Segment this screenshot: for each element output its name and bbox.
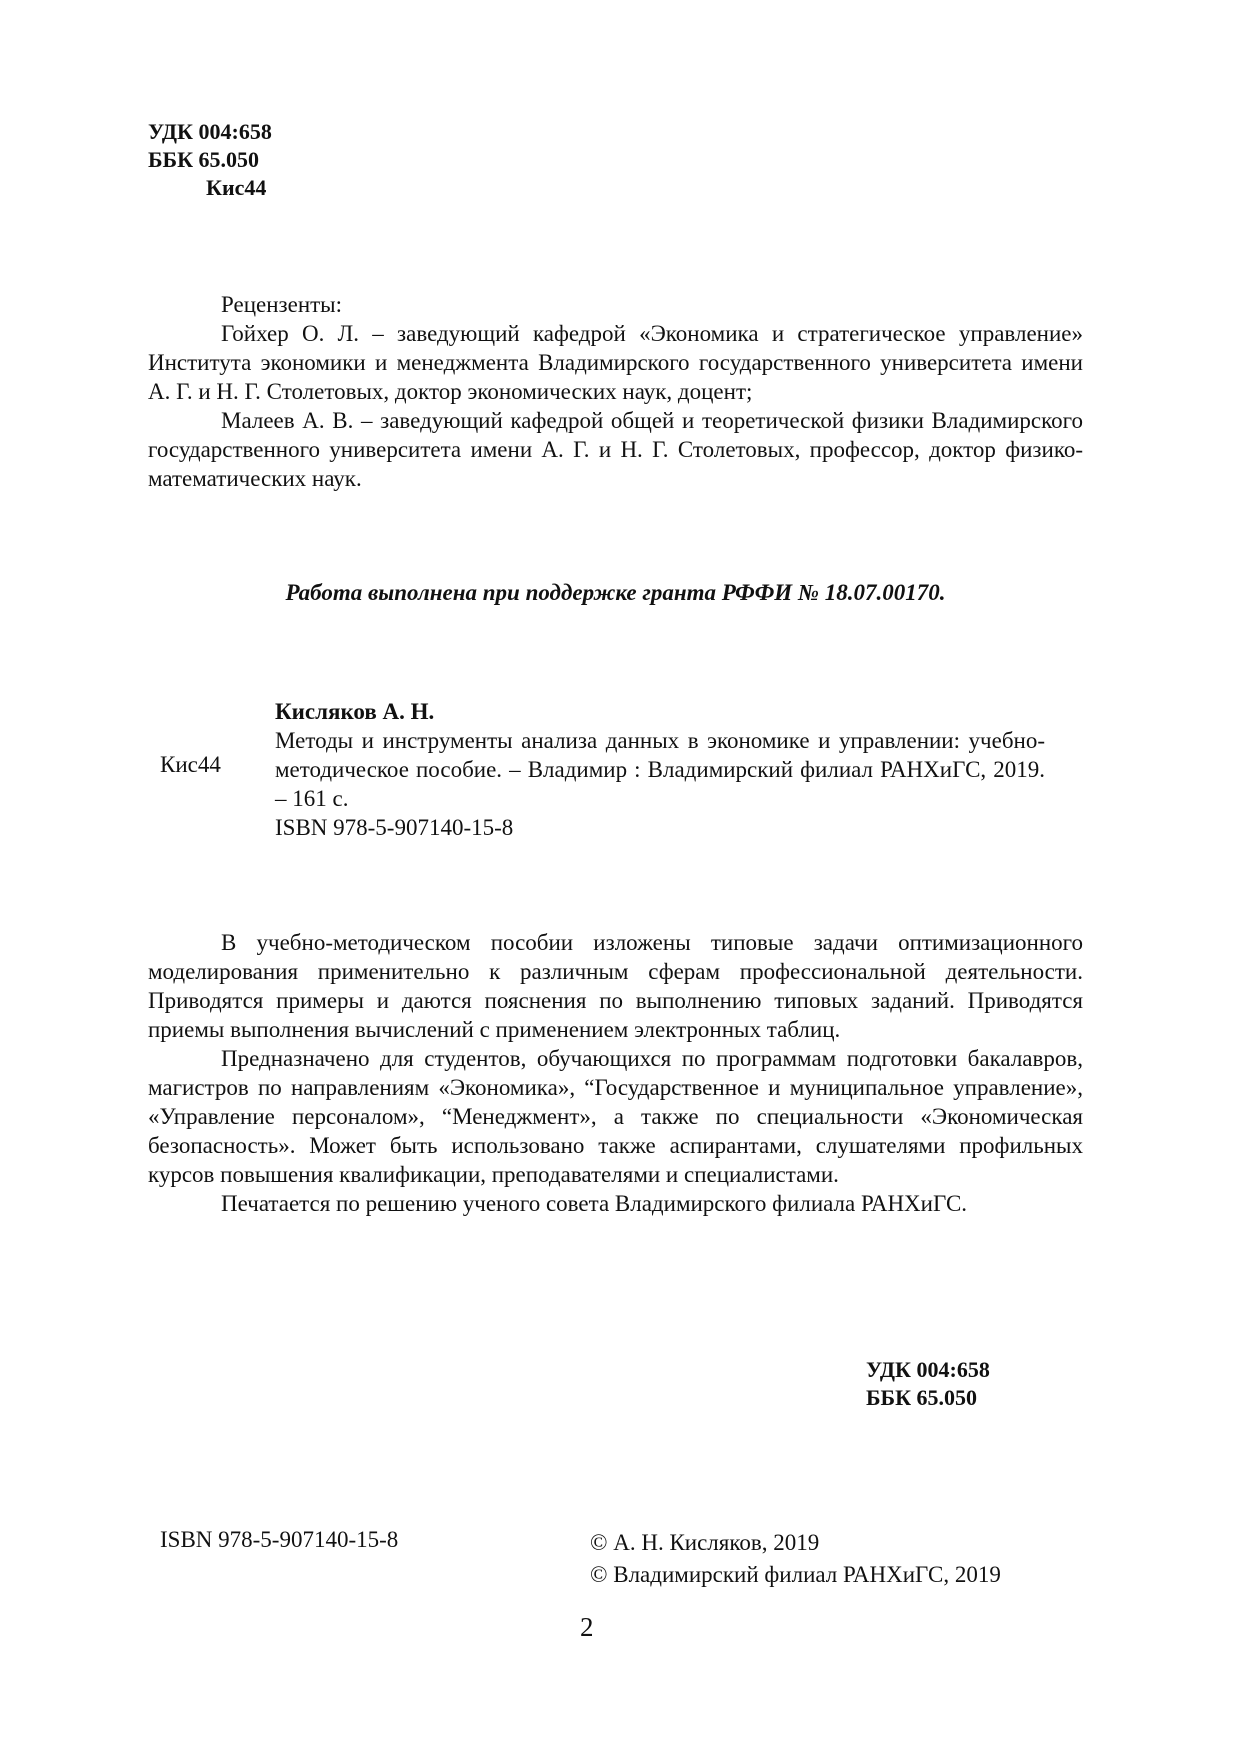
footer-isbn: ISBN 978-5-907140-15-8 bbox=[160, 1527, 398, 1553]
udk-code: УДК 004:658 bbox=[148, 118, 272, 146]
udk-code: УДК 004:658 bbox=[866, 1356, 990, 1384]
biblio-author: Кисляков А. Н. bbox=[275, 697, 1045, 726]
copyright-author: © А. Н. Кисляков, 2019 bbox=[590, 1527, 1001, 1559]
biblio-author-mark: Кис44 bbox=[160, 752, 221, 778]
bibliographic-record: Кисляков А. Н. Методы и инструменты анал… bbox=[275, 697, 1045, 842]
reviewers-section: Рецензенты: Гойхер О. Л. – заведующий ка… bbox=[148, 290, 1083, 493]
biblio-isbn: ISBN 978-5-907140-15-8 bbox=[275, 813, 1045, 842]
grant-note: Работа выполнена при поддержке гранта РФ… bbox=[148, 580, 1083, 606]
copyright-block: © А. Н. Кисляков, 2019 © Владимирский фи… bbox=[590, 1527, 1001, 1591]
reviewers-label: Рецензенты: bbox=[148, 290, 1083, 319]
bbk-code: ББК 65.050 bbox=[148, 146, 272, 174]
annotation-paragraph: В учебно-методическом пособии изложены т… bbox=[148, 928, 1083, 1044]
reviewer-entry: Гойхер О. Л. – заведующий кафедрой «Экон… bbox=[148, 319, 1083, 406]
bbk-code: ББК 65.050 bbox=[866, 1384, 990, 1412]
annotation-section: В учебно-методическом пособии изложены т… bbox=[148, 928, 1083, 1218]
annotation-paragraph: Печатается по решению ученого совета Вла… bbox=[148, 1189, 1083, 1218]
reviewer-entry: Малеев А. В. – заведующий кафедрой общей… bbox=[148, 406, 1083, 493]
annotation-paragraph: Предназначено для студентов, обучающихся… bbox=[148, 1044, 1083, 1189]
classification-codes-top: УДК 004:658 ББК 65.050 Кис44 bbox=[148, 118, 272, 202]
author-mark: Кис44 bbox=[148, 174, 272, 202]
classification-codes-bottom: УДК 004:658 ББК 65.050 bbox=[866, 1356, 990, 1412]
copyright-publisher: © Владимирский филиал РАНХиГС, 2019 bbox=[590, 1559, 1001, 1591]
biblio-description: Методы и инструменты анализа данных в эк… bbox=[275, 726, 1045, 813]
page-number: 2 bbox=[580, 1612, 594, 1643]
